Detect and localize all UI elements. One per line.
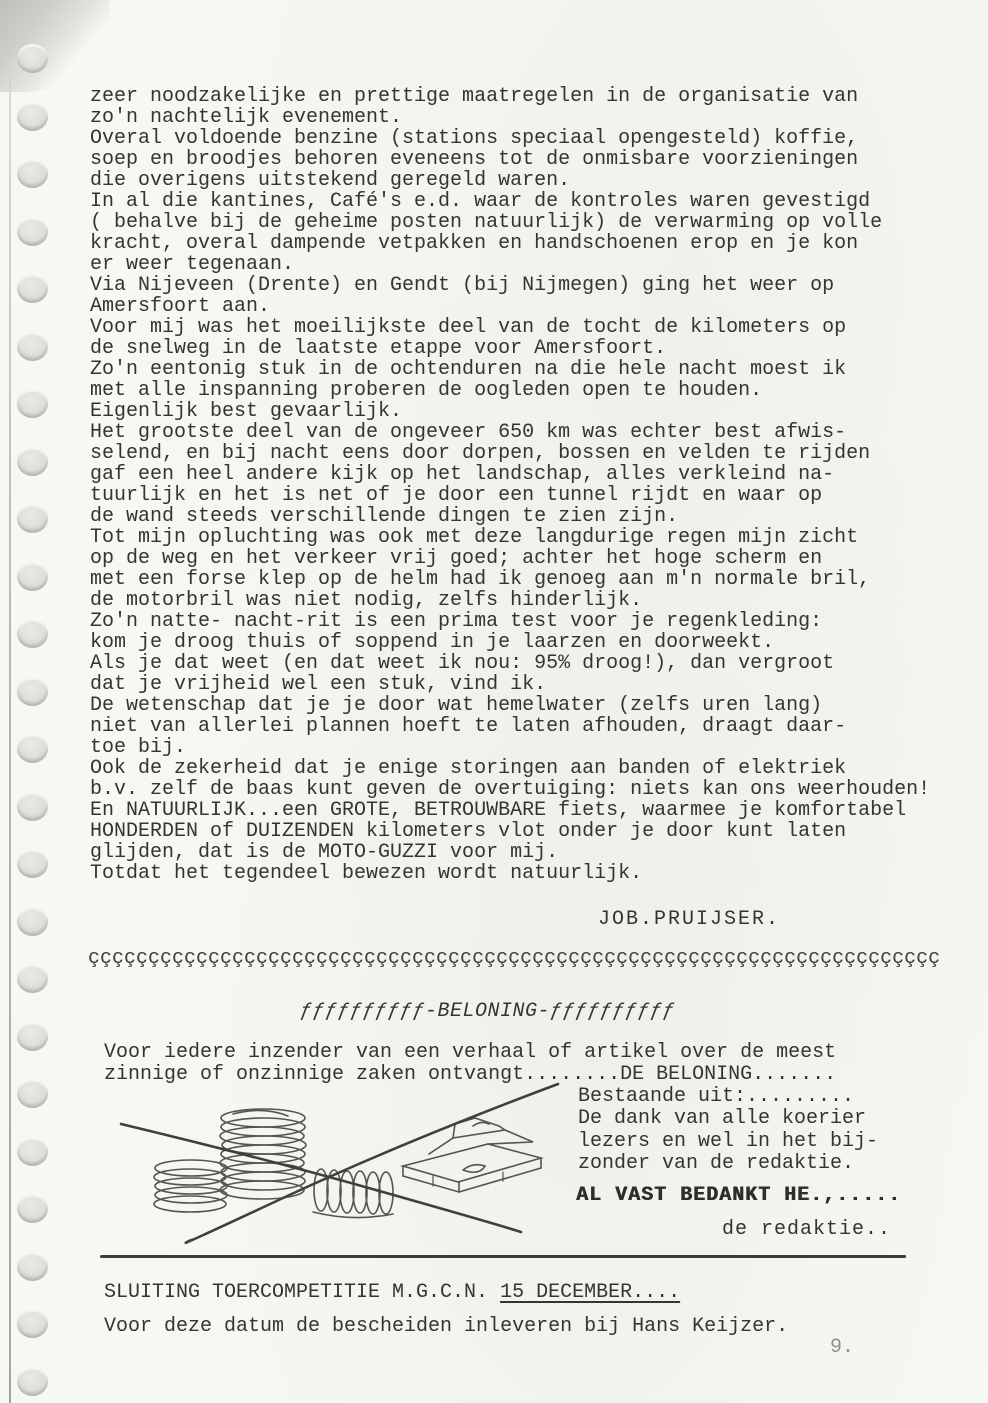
reward-line: zonder van de redaktie. [578, 1153, 878, 1175]
page-number: 9. [830, 1336, 854, 1359]
article-line: ( behalve bij de geheime posten natuurli… [90, 212, 930, 233]
article-line: er weer tegenaan. [90, 254, 930, 275]
article-line: tuurlijk en het is net of je door een tu… [90, 485, 930, 506]
article-line: zeer noodzakelijke en prettige maatregel… [90, 86, 930, 107]
punch-hole [17, 1309, 48, 1338]
punch-hole [17, 964, 48, 993]
article-line: HONDERDEN of DUIZENDEN kilometers vlot o… [90, 821, 930, 842]
article-line: Zo'n eentonig stuk in de ochtenduren na … [90, 359, 930, 380]
punch-hole [17, 734, 48, 763]
punch-hole [17, 389, 48, 418]
article-line: niet van allerlei plannen hoeft te laten… [90, 716, 930, 737]
article-line: b.v. zelf de baas kunt geven de overtuig… [90, 779, 930, 800]
reward-line: Bestaande uit:......... [578, 1086, 878, 1108]
redaktie-signoff: de redaktie.. [722, 1218, 891, 1241]
punch-hole [17, 1079, 48, 1108]
article-line: op de weg en het verkeer vrij goed; acht… [90, 548, 930, 569]
page-edge-shadow [9, 70, 11, 1403]
author-signature: JOB.PRUIJSER. [598, 908, 780, 931]
punch-hole [17, 849, 48, 878]
beloning-intro-line: Voor iedere inzender van een verhaal of … [104, 1042, 836, 1064]
sluiting-prefix: SLUITING TOERCOMPETITIE M.G.C.N. [104, 1281, 500, 1304]
beloning-heading: ƒƒƒƒƒƒƒƒƒƒ-BELONING-ƒƒƒƒƒƒƒƒƒƒ [300, 1000, 675, 1023]
article-line: zo'n nachtelijk evenement. [90, 107, 930, 128]
article-line: toe bij. [90, 737, 930, 758]
article-body: zeer noodzakelijke en prettige maatregel… [90, 86, 930, 884]
punch-hole [17, 562, 48, 591]
article-line: soep en broodjes behoren eveneens tot de… [90, 149, 930, 170]
reward-line: De dank van alle koerier [578, 1108, 878, 1130]
article-line: De wetenschap dat je je door wat hemelwa… [90, 695, 930, 716]
article-line: Ook de zekerheid dat je enige storingen … [90, 758, 930, 779]
punch-hole [17, 159, 48, 188]
punch-hole [17, 677, 48, 706]
punch-hole [17, 907, 48, 936]
punch-hole [17, 447, 48, 476]
sluiting-date-underlined: 15 DECEMBER.... [500, 1281, 680, 1304]
article-line: Tot mijn opluchting was ook met deze lan… [90, 527, 930, 548]
article-line: met alle inspanning proberen de oogleden… [90, 380, 930, 401]
binder-holes [17, 44, 49, 1396]
article-line: dat je vrijheid wel een stuk, vind ik. [90, 674, 930, 695]
article-line: Zo'n natte- nacht-rit is een prima test … [90, 611, 930, 632]
article-line: kom je droog thuis of soppend in je laar… [90, 632, 930, 653]
article-line: Via Nijeveen (Drente) en Gendt (bij Nijm… [90, 275, 930, 296]
punch-hole [17, 44, 48, 73]
article-line: glijden, dat is de MOTO-GUZZI voor mij. [90, 842, 930, 863]
article-line: Eigenlijk best gevaarlijk. [90, 401, 930, 422]
punch-hole [17, 102, 48, 131]
crossed-out-money-illustration [103, 1080, 565, 1248]
article-line: Overal voldoende benzine (stations speci… [90, 128, 930, 149]
punch-hole [17, 504, 48, 533]
article-line: kracht, overal dampende vetpakken en han… [90, 233, 930, 254]
article-line: gaf een heel andere kijk op het landscha… [90, 464, 930, 485]
reward-description: Bestaande uit:.........De dank van alle … [578, 1086, 878, 1176]
scanned-newsletter-page: zeer noodzakelijke en prettige maatregel… [0, 0, 988, 1403]
article-line: met een forse klep op de helm had ik gen… [90, 569, 930, 590]
article-line: Amersfoort aan. [90, 296, 930, 317]
article-line: de snelweg in de laatste etappe voor Ame… [90, 338, 930, 359]
article-line: die overigens uitstekend geregeld waren. [90, 170, 930, 191]
punch-hole [17, 1367, 48, 1396]
horizontal-rule [100, 1255, 906, 1258]
punch-hole [17, 274, 48, 303]
reward-line: lezers en wel in het bij- [578, 1131, 878, 1153]
deadline-instruction: Voor deze datum de bescheiden inleveren … [104, 1315, 788, 1338]
article-line: de wand steeds verschillende dingen te z… [90, 506, 930, 527]
thanks-line: AL VAST BEDANKT HE.,..... [576, 1184, 901, 1207]
punch-hole [17, 1137, 48, 1166]
punch-hole [17, 1252, 48, 1281]
typewriter-separator-row: çççççççççççççççççççççççççççççççççççççççç… [88, 948, 940, 970]
punch-hole [17, 332, 48, 361]
punch-hole [17, 792, 48, 821]
punch-hole [17, 1194, 48, 1223]
article-line: Voor mij was het moeilijkste deel van de… [90, 317, 930, 338]
punch-hole [17, 619, 48, 648]
article-line: Als je dat weet (en dat weet ik nou: 95%… [90, 653, 930, 674]
article-line: En NATUURLIJK...een GROTE, BETROUWBARE f… [90, 800, 930, 821]
article-line: Het grootste deel van de ongeveer 650 km… [90, 422, 930, 443]
article-line: In al die kantines, Café's e.d. waar de … [90, 191, 930, 212]
punch-hole [17, 217, 48, 246]
article-line: selend, en bij nacht eens door dorpen, b… [90, 443, 930, 464]
article-line: de motorbril was niet nodig, zelfs hinde… [90, 590, 930, 611]
sluiting-announcement: SLUITING TOERCOMPETITIE M.G.C.N. 15 DECE… [104, 1281, 680, 1304]
punch-hole [17, 1022, 48, 1051]
article-line: Totdat het tegendeel bewezen wordt natuu… [90, 863, 930, 884]
